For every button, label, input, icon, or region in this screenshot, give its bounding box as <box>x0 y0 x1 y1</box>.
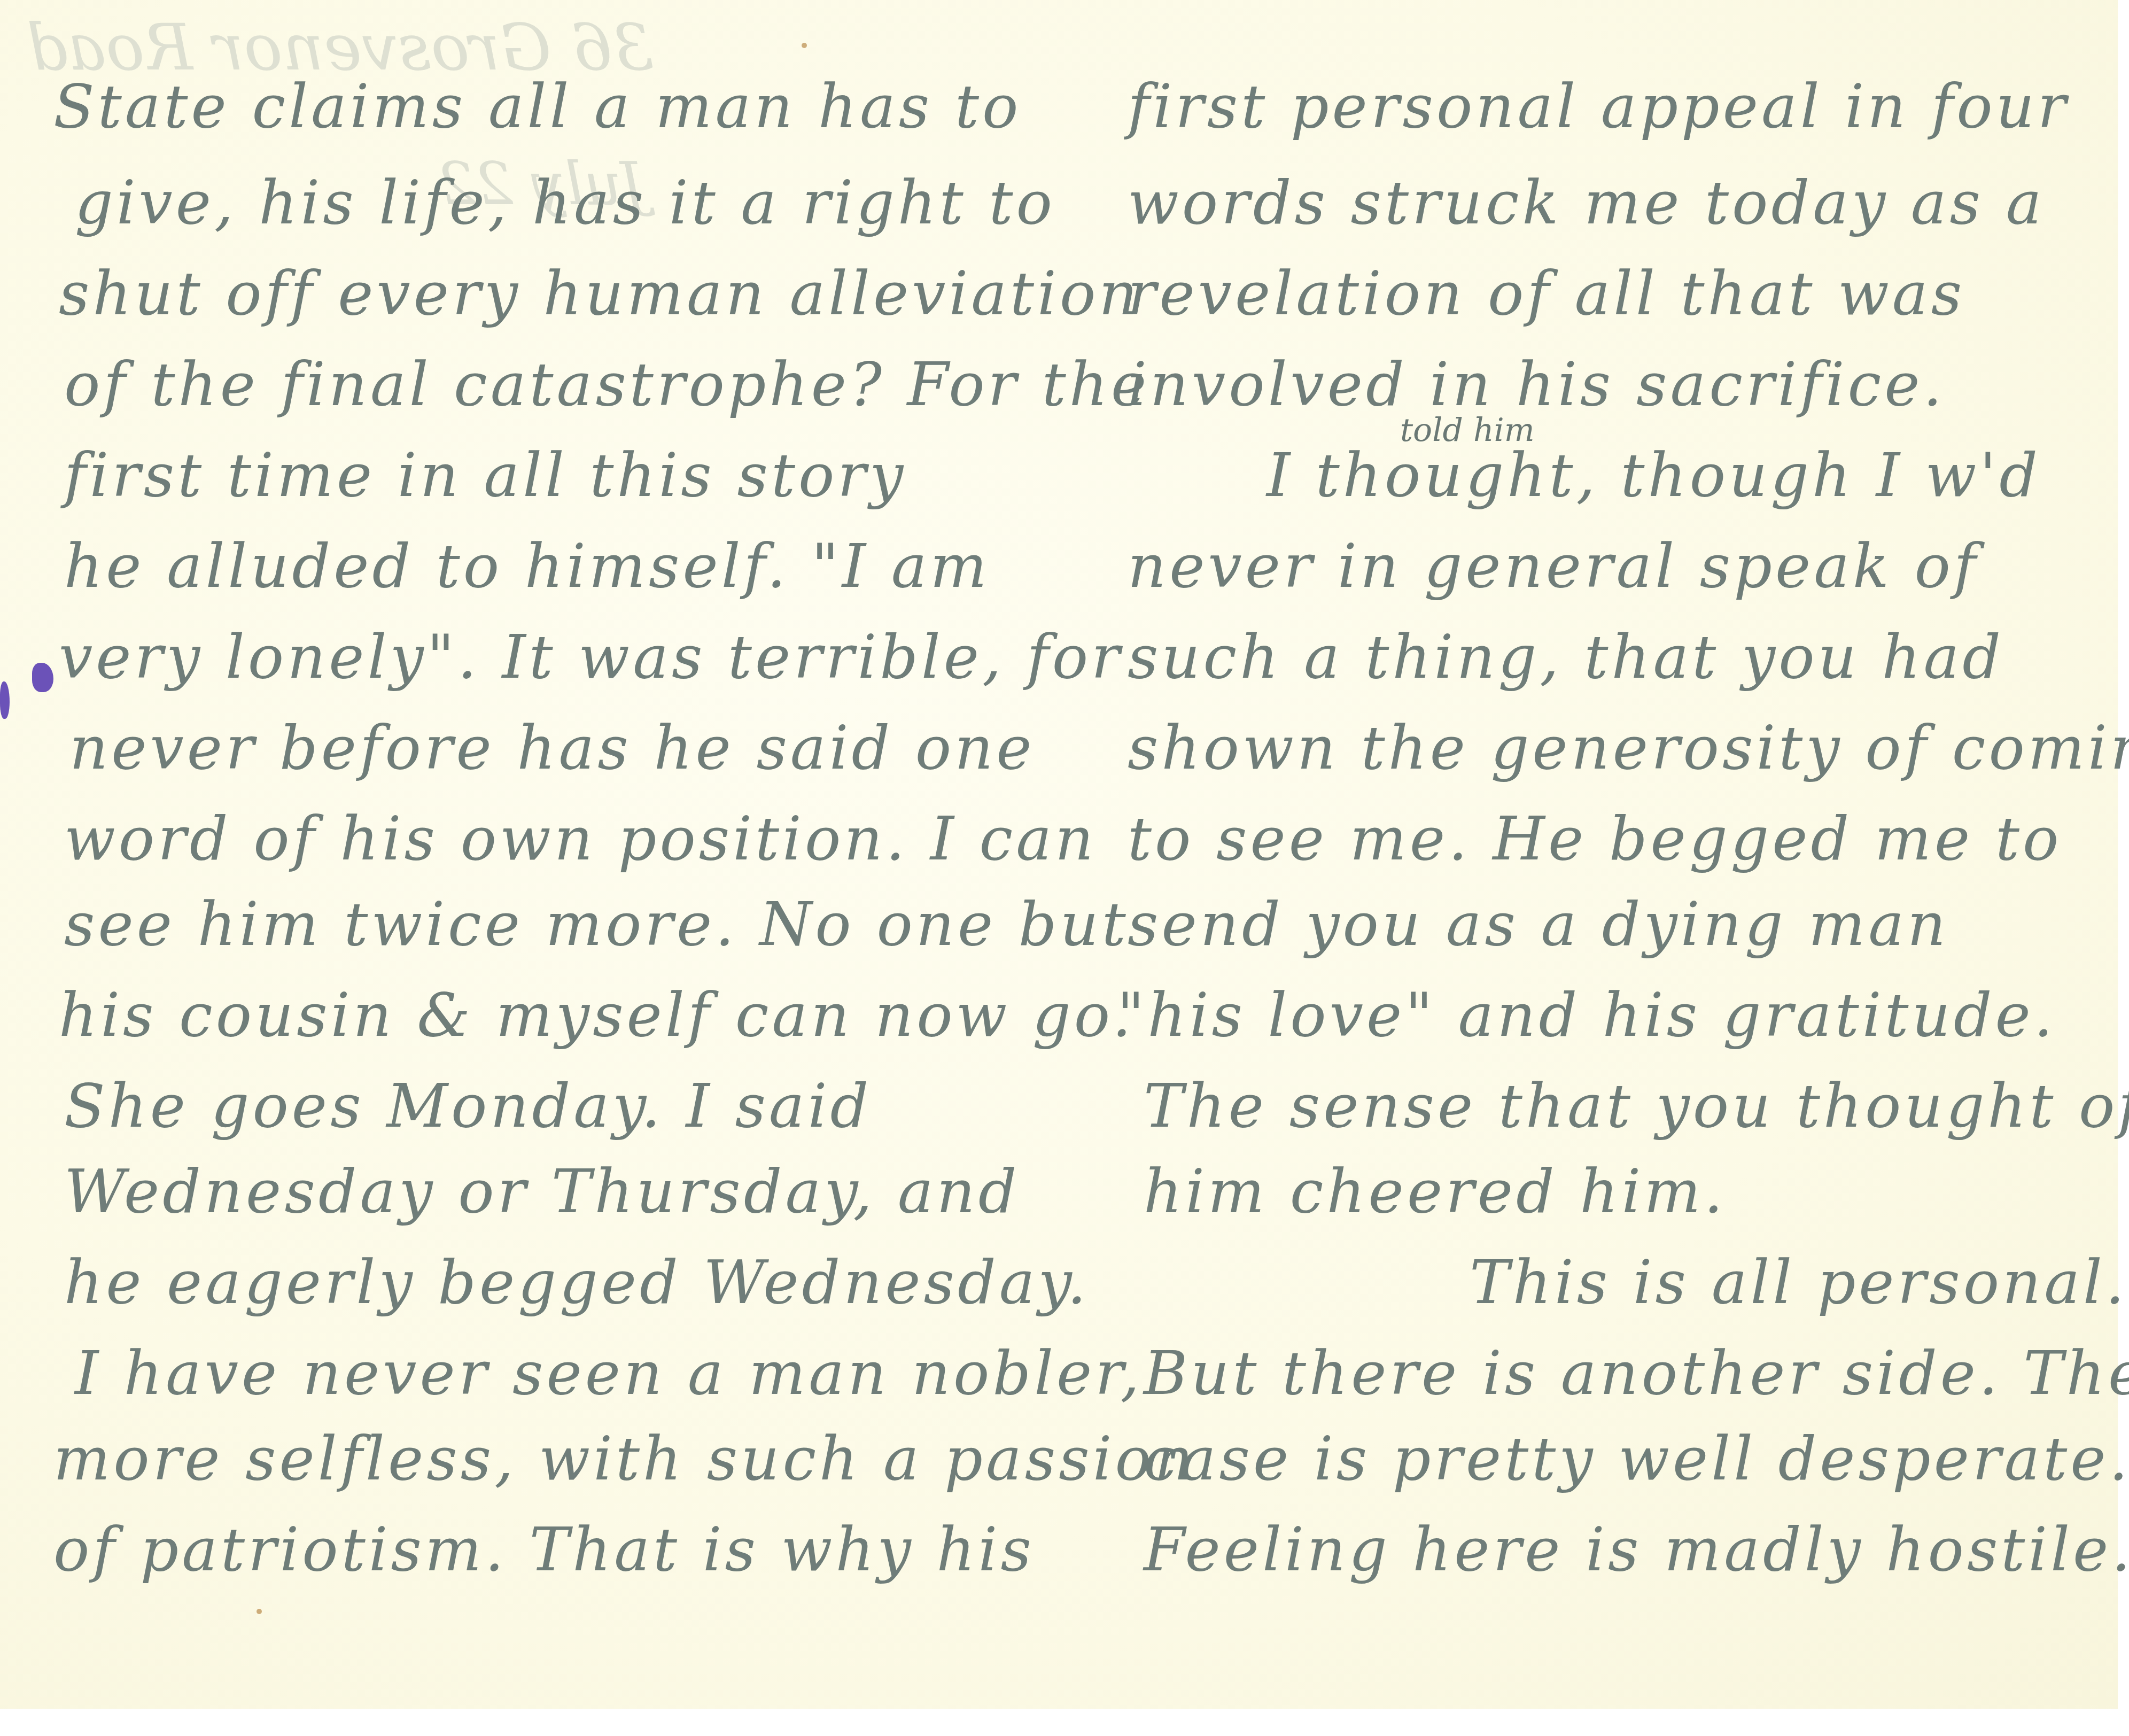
ink-smudge <box>0 681 10 719</box>
ink-smudge <box>32 663 53 692</box>
text-line: But there is another side. The <box>1144 1336 2129 1411</box>
text-line: more selfless, with such a passion <box>53 1422 1196 1497</box>
text-line: I have never seen a man nobler, <box>75 1336 1143 1411</box>
text-line: very lonely". It was terrible, for <box>59 620 1123 695</box>
text-line: him cheered him. <box>1144 1154 1726 1229</box>
text-line: involved in his sacrifice. <box>1128 347 1945 422</box>
text-line: he alluded to himself. "I am <box>64 529 990 604</box>
text-line: never in general speak of <box>1128 529 1979 604</box>
text-line: State claims all a man has to <box>53 69 1021 144</box>
text-line: words struck me today as a <box>1128 166 2045 241</box>
text-line: see him twice more. No one but <box>64 887 1129 962</box>
text-line: The sense that you thought of <box>1144 1069 2129 1144</box>
text-line: give, his life, has it a right to <box>75 166 1055 241</box>
text-line: of the final catastrophe? For the <box>64 347 1149 422</box>
foxing-spot <box>257 1609 262 1614</box>
text-line: first personal appeal in four <box>1128 69 2069 144</box>
text-line: "his love" and his gratitude. <box>1117 978 2056 1053</box>
text-line: first time in all this story <box>64 438 906 513</box>
text-line: This is all personal. <box>1470 1245 2127 1320</box>
letter-page: 36 Grosvenor Road July 22 State claims a… <box>0 0 2118 1709</box>
text-line: I thought, though I w'd <box>1266 438 2041 513</box>
text-line: he eagerly begged Wednesday. <box>64 1245 1090 1320</box>
text-line: She goes Monday. I said <box>64 1069 872 1144</box>
text-line: revelation of all that was <box>1128 257 1965 331</box>
text-line: his cousin & myself can now go. <box>59 978 1135 1053</box>
text-line: to see me. He begged me to <box>1128 802 2062 877</box>
text-line: Wednesday or Thursday, and <box>64 1154 1020 1229</box>
text-line: word of his own position. I can <box>64 802 1097 877</box>
text-line: shut off every human alleviation <box>59 257 1140 331</box>
text-line: such a thing, that you had <box>1128 620 2004 695</box>
text-line: of patriotism. That is why his <box>53 1513 1035 1587</box>
text-line: Feeling here is madly hostile. <box>1144 1513 2129 1587</box>
text-line: never before has he said one <box>69 711 1035 786</box>
foxing-spot <box>802 43 807 48</box>
text-line: case is pretty well desperate. <box>1144 1422 2129 1497</box>
text-line: send you as a dying man <box>1128 887 1949 962</box>
text-line: shown the generosity of coming <box>1128 711 2129 786</box>
